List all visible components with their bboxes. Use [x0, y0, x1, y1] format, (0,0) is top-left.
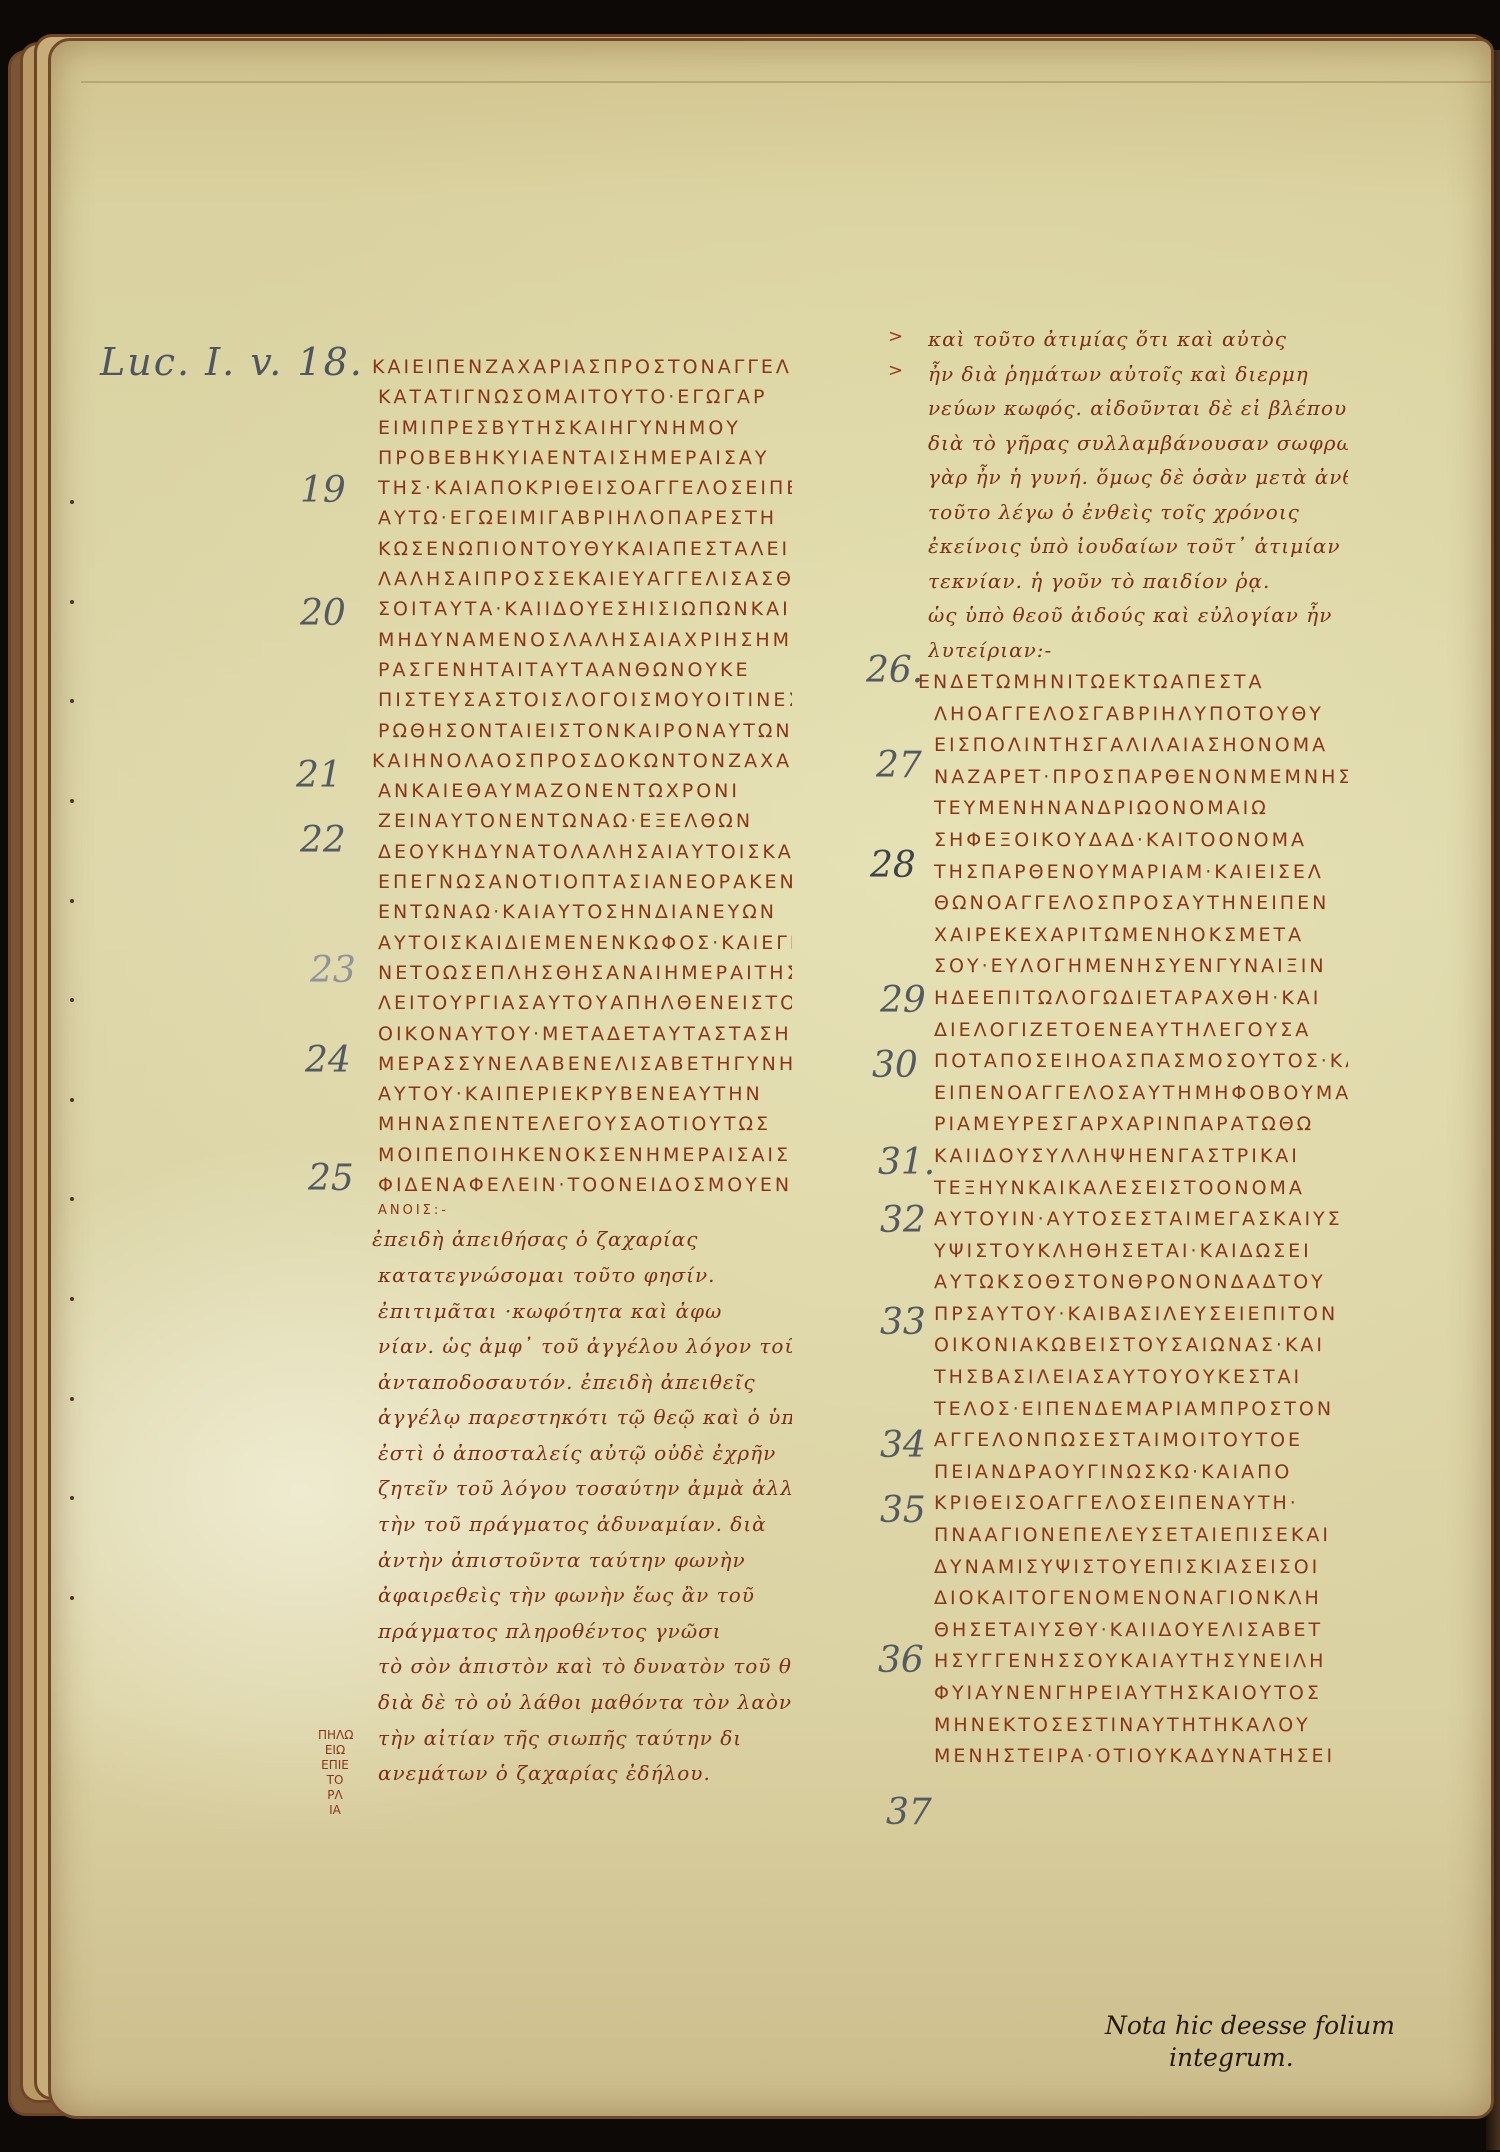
uncial-line: ΦΙΔΕΝΑΦΕΛΕΙΝ·ΤΟΟΝΕΙΔΟΣΜΟΥΕΝ [372, 1170, 792, 1200]
uncial-line: ΘΗΣΕΤΑΙΥΣΘΥ·ΚΑΙΙΔΟΥΕΛΙΣΑΒΕΤ [928, 1615, 1348, 1647]
uncial-line: ΤΗΣΒΑΣΙΛΕΙΑΣΑΥΤΟΥΟΥΚΕΣΤΑΙ [928, 1362, 1348, 1394]
uncial-line: ΑΥΤΟΙΣΚΑΙΔΙΕΜΕΝΕΝΚΩΦΟΣ·ΚΑΙΕΓΕ [372, 928, 792, 958]
uncial-line: ΔΕΟΥΚΗΔΥΝΑΤΟΛΑΛΗΣΑΙΑΥΤΟΙΣΚΑΙ [372, 837, 792, 867]
verse-number-21: 21 [296, 755, 342, 796]
verse-number-19: 19 [300, 470, 346, 511]
uncial-line: ΗΣΥΓΓΕΝΗΣΣΟΥΚΑΙΑΥΤΗΣΥΝΕΙΛΗ [928, 1646, 1348, 1678]
uncial-line: ΣΟΥ·ΕΥΛΟΓΗΜΕΝΗΣΥΕΝΓΥΝΑΙΞΙΝ [928, 951, 1348, 983]
commentary-line: τὴν τοῦ πράγματος ἀδυναμίαν. διὰ [372, 1507, 792, 1543]
uncial-line: ΠΟΤΑΠΟΣΕΙΗΟΑΣΠΑΣΜΟΣΟΥΤΟΣ·ΚΑΙ [928, 1046, 1348, 1078]
uncial-line: ΦΥΙΑΥΝΕΝΓΗΡΕΙΑΥΤΗΣΚΑΙΟΥΤΟΣ [928, 1678, 1348, 1710]
uncial-line: ΕΙΠΕΝΟΑΓΓΕΛΟΣΑΥΤΗΜΗΦΟΒΟΥΜΑ [928, 1078, 1348, 1110]
uncial-line: ΚΑΙΙΔΟΥΣΥΛΛΗΨΗΕΝΓΑΣΤΡΙΚΑΙ [928, 1141, 1348, 1173]
verse-number-33: 33 [880, 1302, 926, 1343]
footer-annotation: Nota hic deesse folium integrum. [1105, 2010, 1395, 2074]
uncial-line: ΝΑΖΑΡΕΤ·ΠΡΟΣΠΑΡΘΕΝΟΝΜΕΜΝΗΣ [928, 762, 1348, 794]
footer-note-line-1: Nota hic deesse folium [1105, 2010, 1395, 2042]
commentary-line: νίαν. ὡς ἀμφ᾽ τοῦ ἀγγέλου λόγον τοῦ [372, 1329, 792, 1365]
uncial-line: ΠΕΙΑΝΔΡΑΟΥΓΙΝΩΣΚΩ·ΚΑΙΑΠΟ [928, 1457, 1348, 1489]
uncial-line: ΑΝΟΙΣ:- [372, 1200, 792, 1222]
commentary-line: τὸ σὸν ἀπιστὸν καὶ τὸ δυνατὸν τοῦ θεοῦ [372, 1649, 792, 1685]
commentary-line: τὴν αἰτίαν τῆς σιωπῆς ταύτην δι [372, 1721, 792, 1757]
quote-marker: > [888, 360, 903, 381]
uncial-line: ΕΝΤΩΝΑΩ·ΚΑΙΑΥΤΟΣΗΝΔΙΑΝΕΥΩΝ [372, 897, 792, 927]
commentary-line: διὰ τὸ γῆρας συλλαμβάνουσαν σωφρω [928, 426, 1348, 461]
left-column: ΚΑΙΕΙΠΕΝΖΑΧΑΡΙΑΣΠΡΟΣΤΟΝΑΓΓΕΛΟ ΚΑΤΑΤΙΓΝΩΣ… [372, 352, 792, 1792]
commentary-line: πράγματος πληροθέντος γνῶσι [372, 1614, 792, 1650]
uncial-line: ΛΗΟΑΓΓΕΛΟΣΓΑΒΡΙΗΛΥΠΟΤΟΥΘΥ [928, 699, 1348, 731]
commentary-line: τοῦτο λέγω ὁ ἐνθεὶς τοῖς χρόνοις [928, 495, 1348, 530]
uncial-line: ΑΥΤΟΥΙΝ·ΑΥΤΟΣΕΣΤΑΙΜΕΓΑΣΚΑΙΥΣ [928, 1204, 1348, 1236]
footer-note-line-2: integrum. [1105, 2042, 1395, 2074]
commentary-line: ἀγγέλῳ παρεστηκότι τῷ θεῷ καὶ ὁ ὑπηρετῶν [372, 1400, 792, 1436]
quote-marker: > [888, 326, 903, 347]
reference-note: Luc. I. v. 18. [100, 340, 364, 384]
uncial-line: ΕΠΕΓΝΩΣΑΝΟΤΙΟΠΤΑΣΙΑΝΕΟΡΑΚΕΝ [372, 867, 792, 897]
uncial-line: ΔΙΕΛΟΓΙΖΕΤΟΕΝΕΑΥΤΗΛΕΓΟΥΣΑ [928, 1015, 1348, 1047]
uncial-line: ΟΙΚΟΝΑΥΤΟΥ·ΜΕΤΑΔΕΤΑΥΤΑΣΤΑΣΗ [372, 1019, 792, 1049]
uncial-line: ΜΗΝΕΚΤΟΣΕΣΤΙΝΑΥΤΗΤΗΚΑΛΟΥ [928, 1710, 1348, 1742]
uncial-line: ΟΙΚΟΝΙΑΚΩΒΕΙΣΤΟΥΣΑΙΩΝΑΣ·ΚΑΙ [928, 1330, 1348, 1362]
commentary-line: ζητεῖν τοῦ λόγου τοσαύτην ἀμμὰ ἀλλὰ [372, 1471, 792, 1507]
commentary-line: γὰρ ἦν ἡ γυνή. ὅμως δὲ ὁσὰν μετὰ ἀνθρώπο… [928, 460, 1348, 495]
uncial-line: ΣΗΦΕΞΟΙΚΟΥΔΑΔ·ΚΑΙΤΟΟΝΟΜΑ [928, 825, 1348, 857]
verse-number-25: 25 [308, 1158, 354, 1199]
uncial-line: ΣΟΙΤΑΥΤΑ·ΚΑΙΙΔΟΥΕΣΗΙΣΙΩΠΩΝΚΑΙ [372, 594, 792, 624]
uncial-line: ΥΨΙΣΤΟΥΚΛΗΘΗΣΕΤΑΙ·ΚΑΙΔΩΣΕΙ [928, 1236, 1348, 1268]
uncial-line: ΧΑΙΡΕΚΕΧΑΡΙΤΩΜΕΝΗΟΚΣΜΕΤΑ [928, 920, 1348, 952]
right-column: καὶ τοῦτο ἀτιμίας ὅτι καὶ αὐτὸς ἦν διὰ ῥ… [928, 322, 1348, 1773]
commentary-line: τεκνίαν. ἡ γοῦν τὸ παιδίον ῥᾳ. [928, 564, 1348, 599]
verse-number-35: 35 [880, 1490, 926, 1531]
uncial-line: ΘΩΝΟΑΓΓΕΛΟΣΠΡΟΣΑΥΤΗΝΕΙΠΕΝ [928, 888, 1348, 920]
margin-note-line: ΤΟ [318, 1773, 352, 1788]
margin-note-line: ΕΠΙΕ [318, 1758, 352, 1773]
uncial-line: ΖΕΙΝΑΥΤΟΝΕΝΤΩΝΑΩ·ΕΞΕΛΘΩΝ [372, 806, 792, 836]
uncial-line: ΜΗΔΥΝΑΜΕΝΟΣΛΑΛΗΣΑΙΑΧΡΙΗΣΗΜΕ [372, 625, 792, 655]
uncial-line: ΤΗΣΠΑΡΘΕΝΟΥΜΑΡΙΑΜ·ΚΑΙΕΙΣΕΛ [928, 857, 1348, 889]
uncial-line: ΡΩΘΗΣΟΝΤΑΙΕΙΣΤΟΝΚΑΙΡΟΝΑΥΤΩΝ [372, 716, 792, 746]
commentary-line: κατατεγνώσομαι τοῦτο φησίν. [372, 1258, 792, 1294]
margin-note-line: ΕΙΩ [318, 1743, 352, 1758]
uncial-line: ΠΡΟΒΕΒΗΚΥΙΑΕΝΤΑΙΣΗΜΕΡΑΙΣΑΥ [372, 443, 792, 473]
uncial-line: ΠΝΑΑΓΙΟΝΕΠΕΛΕΥΣΕΤΑΙΕΠΙΣΕΚΑΙ [928, 1520, 1348, 1552]
verse-number-34: 34 [880, 1425, 926, 1466]
verse-number-24: 24 [305, 1040, 351, 1081]
uncial-line: ΔΙΟΚΑΙΤΟΓΕΝΟΜΕΝΟΝΑΓΙΟΝΚΛΗ [928, 1583, 1348, 1615]
verse-number-26: 26. [866, 650, 923, 691]
commentary-line: ἀνταποδοσαυτόν. ἐπειδὴ ἀπειθεῖς [372, 1365, 792, 1401]
margin-note-line: ΡΛ [318, 1788, 352, 1803]
commentary-line: ἀντὴν ἀπιστοῦντα ταύτην φωνὴν [372, 1543, 792, 1579]
uncial-line: ΜΟΙΠΕΠΟΙΗΚΕΝΟΚΣΕΝΗΜΕΡΑΙΣΑΙΣΕ [372, 1140, 792, 1170]
uncial-line: ΕΝΔΕΤΩΜΗΝΙΤΩΕΚΤΩΑΠΕΣΤΑ [918, 667, 1348, 699]
commentary-line: ἐστὶ ὁ ἀποσταλείς αὐτῷ οὐδὲ ἐχρῆν [372, 1436, 792, 1472]
commentary-line: ἐκείνοις ὑπὸ ἰουδαίων τοῦτ᾽ ἀτιμίαν [928, 529, 1348, 564]
uncial-line: ΑΓΓΕΛΟΝΠΩΣΕΣΤΑΙΜΟΙΤΟΥΤΟΕ [928, 1425, 1348, 1457]
uncial-line: ΝΕΤΟΩΣΕΠΛΗΣΘΗΣΑΝΑΙΗΜΕΡΑΙΤΗΣ [372, 958, 792, 988]
uncial-line: ΑΥΤΩ·ΕΓΩΕΙΜΙΓΑΒΡΙΗΛΟΠΑΡΕΣΤΗ [372, 503, 792, 533]
verse-number-30: 30 [872, 1045, 918, 1086]
verse-number-36: 36 [878, 1640, 924, 1681]
commentary-line: καὶ τοῦτο ἀτιμίας ὅτι καὶ αὐτὸς [928, 322, 1348, 357]
uncial-line: ΕΙΜΙΠΡΕΣΒΥΤΗΣΚΑΙΗΓΥΝΗΜΟΥ [372, 413, 792, 443]
uncial-line: ΠΙΣΤΕΥΣΑΣΤΟΙΣΛΟΓΟΙΣΜΟΥΟΙΤΙΝΕΣΠΛΗ [372, 685, 792, 715]
verse-number-27: 27 [876, 745, 922, 786]
uncial-line: ΜΗΝΑΣΠΕΝΤΕΛΕΓΟΥΣΑΟΤΙΟΥΤΩΣ [372, 1109, 792, 1139]
uncial-line: ΗΔΕΕΠΙΤΩΛΟΓΩΔΙΕΤΑΡΑΧΘΗ·ΚΑΙ [928, 983, 1348, 1015]
commentary-line: ἦν διὰ ῥημάτων αὐτοῖς καὶ διερμη [928, 357, 1348, 392]
commentary-line: ανεμάτων ὁ ζαχαρίας ἐδήλου. [372, 1756, 792, 1792]
uncial-line: ΑΥΤΩΚΣΟΘΣΤΟΝΘΡΟΝΟΝΔΑΔΤΟΥ [928, 1267, 1348, 1299]
verse-number-29: 29 [880, 980, 926, 1021]
uncial-line: ΤΕΥΜΕΝΗΝΑΝΔΡΙΩΟΝΟΜΑΙΩ [928, 793, 1348, 825]
margin-rubric-note: ΠΗΛΩ ΕΙΩ ΕΠΙΕ ΤΟ ΡΛ ΙΑ [318, 1728, 352, 1818]
commentary-line: νεύων κωφός. αἰδοῦνται δὲ εἰ βλέπουσι [928, 391, 1348, 426]
commentary-line: διὰ δὲ τὸ οὐ λάθοι μαθόντα τὸν λαὸν [372, 1685, 792, 1721]
uncial-line: ΑΝΚΑΙΕΘΑΥΜΑΖΟΝΕΝΤΩΧΡΟΝΙ [372, 776, 792, 806]
uncial-line: ΕΙΣΠΟΛΙΝΤΗΣΓΑΛΙΛΑΙΑΣΗΟΝΟΜΑ [928, 730, 1348, 762]
verse-number-22: 22 [300, 820, 346, 861]
uncial-line: ΚΩΣΕΝΩΠΙΟΝΤΟΥΘΥΚΑΙΑΠΕΣΤΑΛΕΙ [372, 534, 792, 564]
uncial-line: ΚΡΙΘΕΙΣΟΑΓΓΕΛΟΣΕΙΠΕΝΑΥΤΗ· [928, 1488, 1348, 1520]
uncial-line: ΤΕΛΟΣ·ΕΙΠΕΝΔΕΜΑΡΙΑΜΠΡΟΣΤΟΝ [928, 1394, 1348, 1426]
verse-number-23: 23 [310, 950, 356, 991]
verse-number-28: 28 [870, 845, 916, 886]
commentary-line: ἀφαιρεθεὶς τὴν φωνὴν ἕως ἂν τοῦ [372, 1578, 792, 1614]
uncial-line: ΜΕΡΑΣΣΥΝΕΛΑΒΕΝΕΛΙΣΑΒΕΤΗΓΥΝΗ [372, 1049, 792, 1079]
uncial-line: ΤΕΞΗΥΝΚΑΙΚΑΛΕΣΕΙΣΤΟΟΝΟΜΑ [928, 1173, 1348, 1205]
uncial-line: ΔΥΝΑΜΙΣΥΨΙΣΤΟΥΕΠΙΣΚΙΑΣΕΙΣΟΙ [928, 1552, 1348, 1584]
margin-note-line: ΠΗΛΩ [318, 1728, 352, 1743]
uncial-line: ΡΙΑΜΕΥΡΕΣΓΑΡΧΑΡΙΝΠΑΡΑΤΩΘΩ [928, 1109, 1348, 1141]
margin-note-line: ΙΑ [318, 1803, 352, 1818]
uncial-line: ΜΕΝΗΣΤΕΙΡΑ·ΟΤΙΟΥΚΑΔΥΝΑΤΗΣΕΙ [928, 1741, 1348, 1773]
uncial-line: ΚΑΤΑΤΙΓΝΩΣΟΜΑΙΤΟΥΤΟ·ΕΓΩΓΑΡ [372, 382, 792, 412]
uncial-line: ΛΕΙΤΟΥΡΓΙΑΣΑΥΤΟΥΑΠΗΛΘΕΝΕΙΣΤΟΝ [372, 988, 792, 1018]
uncial-line: ΑΥΤΟΥ·ΚΑΙΠΕΡΙΕΚΡΥΒΕΝΕΑΥΤΗΝ [372, 1079, 792, 1109]
commentary-line: λυτείριαν:- [928, 633, 1348, 668]
uncial-line: ΠΡΣΑΥΤΟΥ·ΚΑΙΒΑΣΙΛΕΥΣΕΙΕΠΙΤΟΝ [928, 1299, 1348, 1331]
uncial-line: ΡΑΣΓΕΝΗΤΑΙΤΑΥΤΑΑΝΘΩΝΟΥΚΕ [372, 655, 792, 685]
verse-number-31: 31. [878, 1142, 935, 1183]
commentary-line: ἐπειδὴ ἀπειθήσας ὁ ζαχαρίας [372, 1222, 792, 1258]
pricking-marks [70, 500, 76, 1600]
verse-number-32: 32 [880, 1200, 926, 1241]
uncial-line: ΛΑΛΗΣΑΙΠΡΟΣΣΕΚΑΙΕΥΑΓΓΕΛΙΣΑΣΘΑΙ [372, 564, 792, 594]
verse-number-20: 20 [300, 593, 346, 634]
commentary-line: ἐπιτιμᾶται ·κωφότητα καὶ ἀφω [372, 1294, 792, 1330]
uncial-line: ΚΑΙΗΝΟΛΑΟΣΠΡΟΣΔΟΚΩΝΤΟΝΖΑΧΑΡΙ [372, 746, 792, 776]
uncial-line: ΤΗΣ·ΚΑΙΑΠΟΚΡΙΘΕΙΣΟΑΓΓΕΛΟΣΕΙΠΕ [372, 473, 792, 503]
uncial-line: ΚΑΙΕΙΠΕΝΖΑΧΑΡΙΑΣΠΡΟΣΤΟΝΑΓΓΕΛΟ [372, 352, 792, 382]
commentary-line: ὡς ὑπὸ θεοῦ ἀιδούς καὶ εὐλογίαν ἦν [928, 598, 1348, 633]
verse-number-37: 37 [886, 1792, 932, 1833]
